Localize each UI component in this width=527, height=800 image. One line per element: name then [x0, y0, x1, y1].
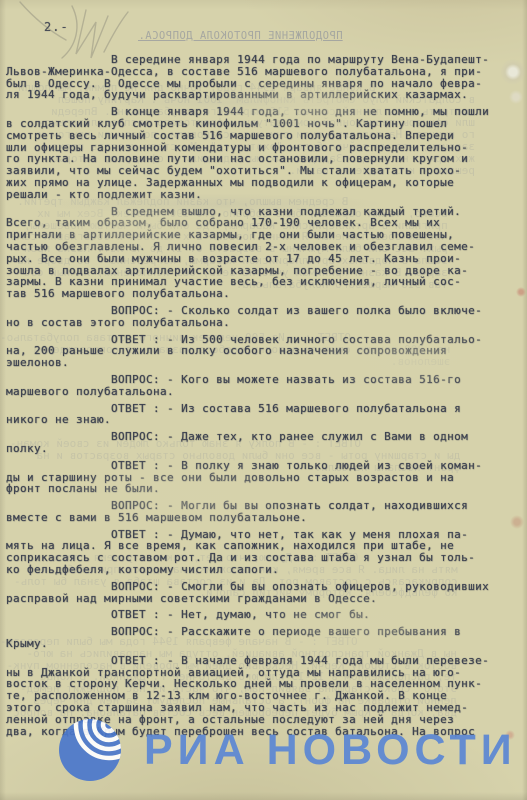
document-text: В середине января 1944 года по маршруту … — [6, 54, 518, 742]
answer-4: ОТВЕТ : - Думаю, что нет, так как у меня… — [6, 529, 518, 576]
page-number: 2.- — [44, 20, 69, 34]
answer-2: ОТВЕТ : - Из состава 516 маршевого полуб… — [6, 403, 518, 427]
answer-3: ОТВЕТ : - В полку я знаю только людей из… — [6, 460, 518, 495]
paragraph-odessa-arrival: В середине января 1944 года по маршруту … — [6, 54, 518, 101]
question-4: ВОПРОС: - Могли бы вы опознать солдат, н… — [6, 500, 518, 524]
answer-5: ОТВЕТ : - Нет, думаю, что не смог бы. — [6, 609, 518, 621]
question-2: ВОПРОС: - Кого вы можете назвать из сост… — [6, 374, 518, 398]
answer-1: ОТВЕТ : - Из 500 человек личного состава… — [6, 334, 518, 369]
answer-6: ОТВЕТ : - В начале февраля 1944 года мы … — [6, 655, 518, 738]
paragraph-cinema-roundup: В конце января 1944 года, точно дня не п… — [6, 106, 518, 200]
question-1: ВОПРОС: - Сколько солдат из вашего полка… — [6, 305, 518, 329]
question-5: ВОПРОС: - Смогли бы вы опознать офицеров… — [6, 581, 518, 605]
question-3: ВОПРОС: - Даже тех, кто ранее служил с В… — [6, 431, 518, 455]
bleedthrough-header: ПРОДОЛЖЕНИЕ ПРОТОКОЛА ДОПРОСА. — [138, 31, 343, 43]
paragraph-executions: В среднем вышло, что казни подлежал кажд… — [6, 206, 518, 300]
scanned-document-page: ПРОДОЛЖЕНИЕ ПРОТОКОЛА ДОПРОСА. В конце я… — [0, 0, 527, 800]
question-6: ВОПРОС: - Расскажите о периоде вашего пр… — [6, 626, 518, 650]
